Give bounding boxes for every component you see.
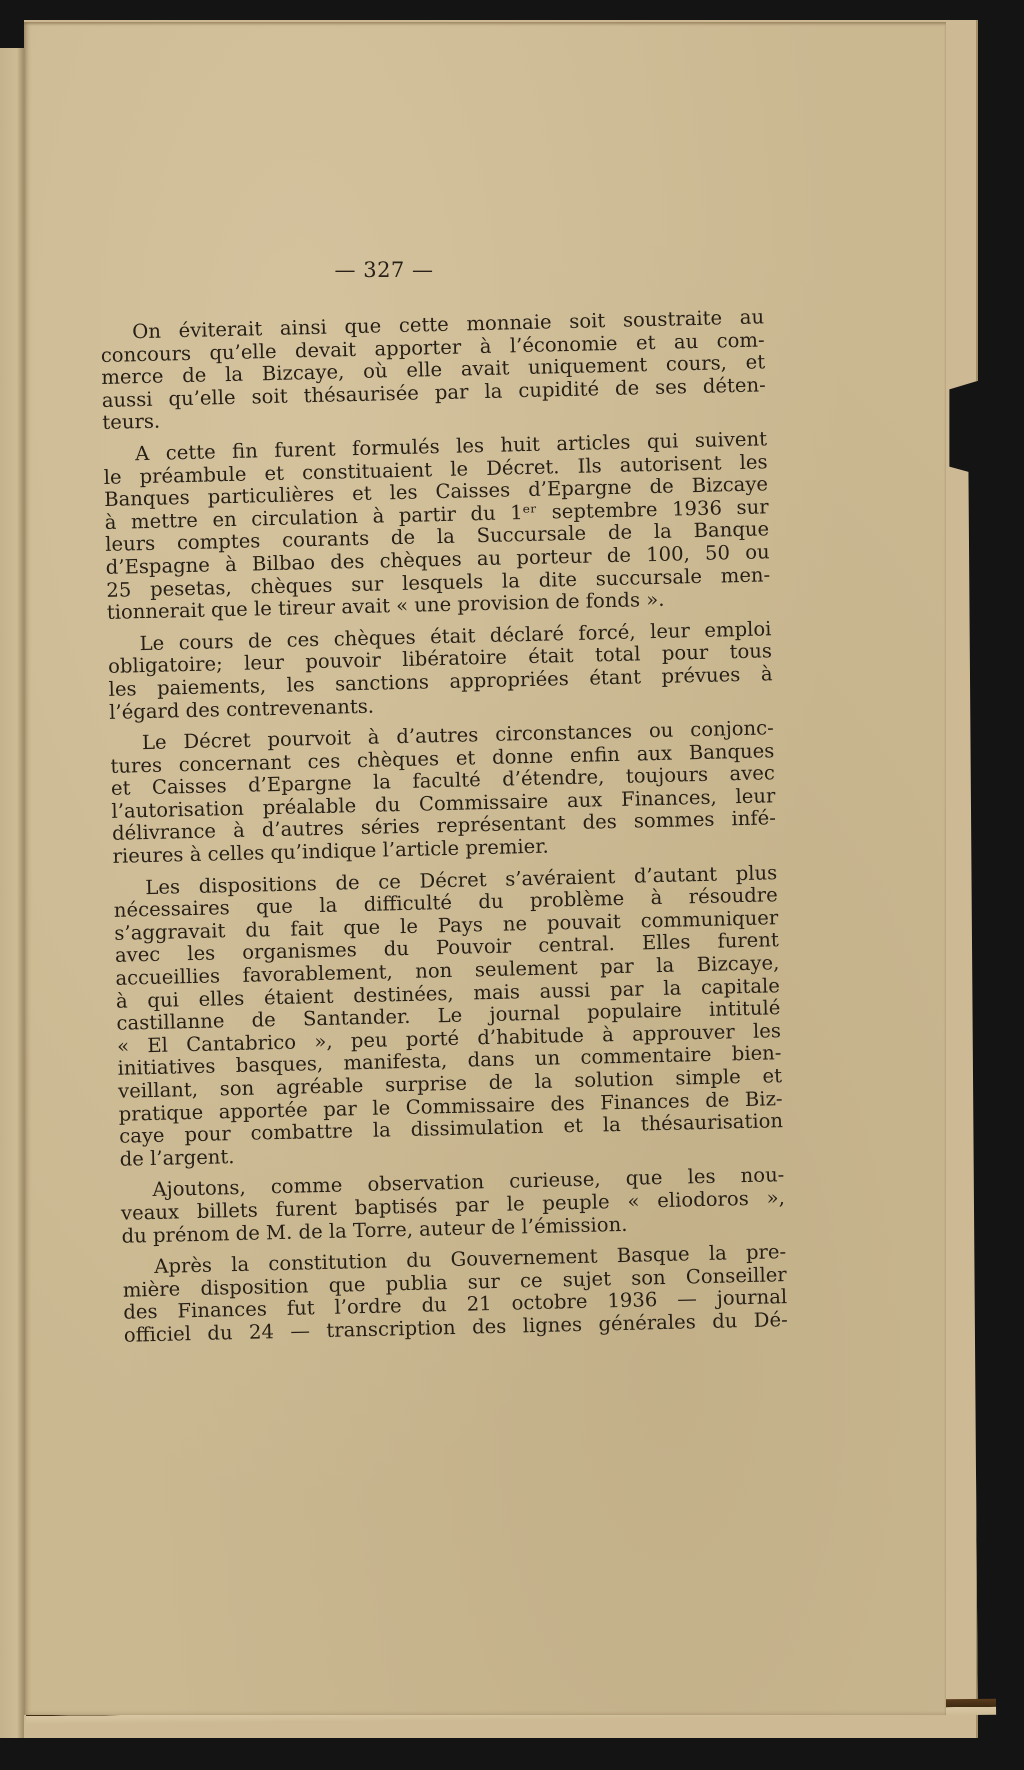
paragraph-7: Après la constitution du Gouvernement Ba… xyxy=(122,1241,788,1347)
body-text: On éviterait ainsi que cette monnaie soi… xyxy=(100,306,788,1356)
paragraph-1: On éviterait ainsi que cette monnaie soi… xyxy=(100,306,766,435)
paragraph-3: Le cours de ces chèques était déclaré fo… xyxy=(107,618,773,724)
paragraph-6: Ajoutons, comme observation curieuse, qu… xyxy=(120,1164,785,1247)
book-page: — 327 — On éviterait ainsi que cette mon… xyxy=(24,22,946,1715)
page-number: — 327 — xyxy=(24,258,744,282)
paragraph-4: Le Décret pourvoit à d’autres circonstan… xyxy=(110,717,777,868)
paragraph-5: Les dispositions de ce Décret s’avéraien… xyxy=(113,862,784,1171)
adjacent-left-page-edge xyxy=(0,48,24,1738)
paragraph-2: A cette fin furent formulés les huit art… xyxy=(103,428,771,624)
